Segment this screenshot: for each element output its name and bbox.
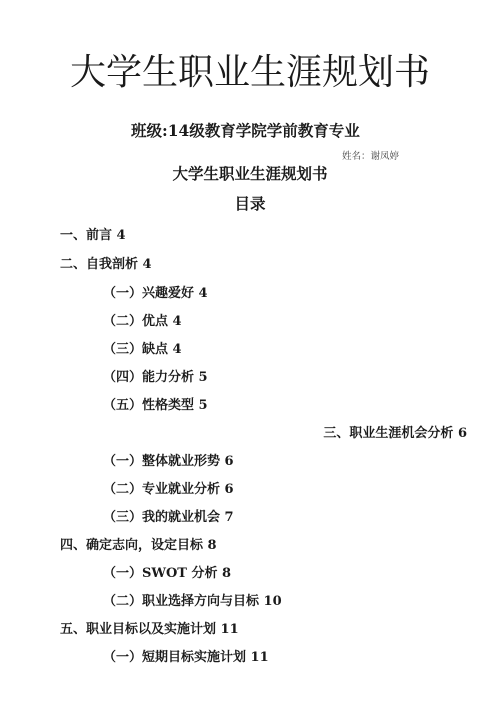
toc-item[interactable]: （二）职业选择方向与目标 10 <box>103 590 282 609</box>
toc-item[interactable]: （二）优点 4 <box>103 310 182 329</box>
toc-item[interactable]: （一）整体就业形势 6 <box>103 450 234 469</box>
toc-item[interactable]: （五）性格类型 5 <box>103 394 208 413</box>
toc-item[interactable]: 二、自我剖析 4 <box>60 253 152 272</box>
toc-item[interactable]: （三）缺点 4 <box>103 338 182 357</box>
toc-item[interactable]: （三）我的就业机会 7 <box>103 506 234 525</box>
toc-item[interactable]: （一）短期目标实施计划 11 <box>103 646 269 665</box>
toc-item[interactable]: 一、前言 4 <box>60 224 126 243</box>
toc-item[interactable]: 四、确定志向，设定目标 8 <box>60 534 217 553</box>
document-title: 大学生职业生涯规划书 <box>0 44 500 95</box>
class-info: 班级:14级教育学院学前教育专业 <box>131 119 360 141</box>
toc-item[interactable]: （二）专业就业分析 6 <box>103 478 234 497</box>
toc-item[interactable]: （一）兴趣爱好 4 <box>103 282 208 301</box>
document-subtitle: 大学生职业生涯规划书 <box>0 162 500 184</box>
toc-item[interactable]: 五、职业目标以及实施计划 11 <box>60 618 239 637</box>
toc-item[interactable]: 三、职业生涯机会分析 6 <box>323 422 467 441</box>
toc-item[interactable]: （一）SWOT 分析 8 <box>103 562 231 581</box>
toc-item[interactable]: （四）能力分析 5 <box>103 366 208 385</box>
author-name: 姓名：谢凤婷 <box>342 148 399 162</box>
toc-heading: 目录 <box>0 192 500 214</box>
